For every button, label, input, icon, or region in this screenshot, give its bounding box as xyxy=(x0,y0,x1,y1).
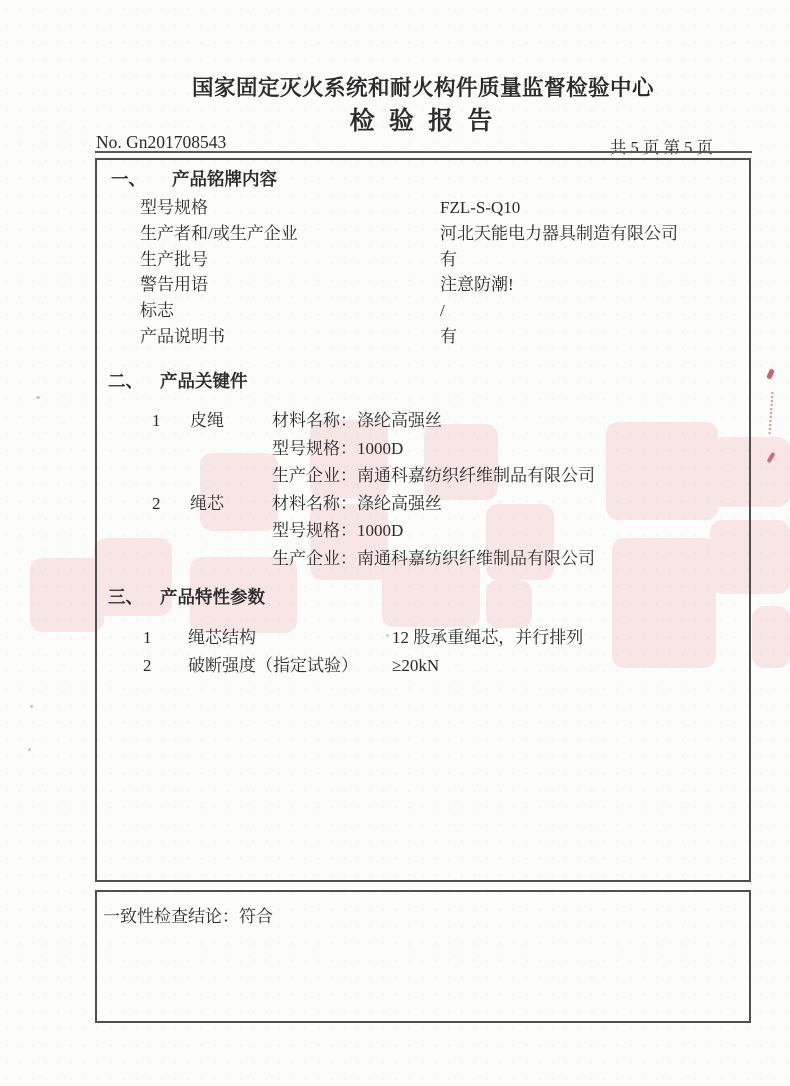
section-title: 产品特性参数 xyxy=(160,584,265,609)
key-part-name: 绳芯 xyxy=(190,492,224,516)
watermark-block xyxy=(752,606,790,668)
nameplate-value: 有 xyxy=(440,325,457,349)
scan-speck xyxy=(36,396,40,399)
parameter-number: 1 xyxy=(143,626,152,650)
nameplate-label: 型号规格 xyxy=(140,196,208,220)
conformity-conclusion: 一致性检查结论：符合 xyxy=(103,905,273,929)
nameplate-label: 产品说明书 xyxy=(140,325,225,349)
key-part-detail: 材料名称：涤纶高强丝 xyxy=(272,492,442,516)
key-part-number: 1 xyxy=(152,409,161,433)
parameter-label: 绳芯结构 xyxy=(188,626,256,650)
org-name: 国家固定灭火系统和耐火构件质量监督检验中心 xyxy=(95,71,751,102)
scanned-inspection-report: 国家固定灭火系统和耐火构件质量监督检验中心 检 验 报 告 No. Gn2017… xyxy=(0,0,790,1086)
report-number: No. Gn201708543 xyxy=(96,132,226,153)
nameplate-value: FZL-S-Q10 xyxy=(440,196,520,220)
scan-speck xyxy=(386,634,389,637)
section-index: 三、 xyxy=(108,584,143,609)
key-part-detail: 型号规格：1000D xyxy=(272,437,403,461)
watermark-block xyxy=(30,558,104,632)
content-box: 一、 产品铭牌内容 型号规格FZL-S-Q10生产者和/或生产企业河北天能电力器… xyxy=(95,158,751,882)
nameplate-label: 生产批号 xyxy=(140,248,208,272)
parameter-number: 2 xyxy=(143,654,152,678)
key-part-detail: 生产企业：南通科嘉纺织纤维制品有限公司 xyxy=(272,547,595,571)
key-part-name: 皮绳 xyxy=(190,409,224,433)
page-indicator: 共 5 页 第 5 页 xyxy=(610,134,713,158)
nameplate-label: 警告用语 xyxy=(140,273,208,297)
header-rule xyxy=(95,151,752,153)
key-part-detail: 生产企业：南通科嘉纺织纤维制品有限公司 xyxy=(272,464,595,488)
parameter-label: 破断强度（指定试验） xyxy=(188,654,358,678)
conclusion-box: 一致性检查结论：符合 xyxy=(95,890,751,1023)
section-title: 产品关键件 xyxy=(160,368,248,393)
key-part-detail: 材料名称：涤纶高强丝 xyxy=(272,409,442,433)
nameplate-value: 注意防潮! xyxy=(440,273,514,297)
parameter-value: 12 股承重绳芯，并行排列 xyxy=(392,626,583,650)
scan-speck xyxy=(30,705,33,708)
section-title: 产品铭牌内容 xyxy=(172,166,277,191)
nameplate-value: 河北天能电力器具制造有限公司 xyxy=(440,222,678,246)
parameter-value: ≥20kN xyxy=(392,654,439,678)
section-index: 二、 xyxy=(108,368,143,393)
nameplate-value: 有 xyxy=(440,248,457,272)
nameplate-label: 生产者和/或生产企业 xyxy=(140,222,298,246)
nameplate-value: / xyxy=(440,299,445,323)
key-part-number: 2 xyxy=(152,492,161,516)
section-index: 一、 xyxy=(111,166,146,191)
scan-speck xyxy=(28,748,31,751)
key-part-detail: 型号规格：1000D xyxy=(272,519,403,543)
nameplate-label: 标志 xyxy=(140,299,174,323)
